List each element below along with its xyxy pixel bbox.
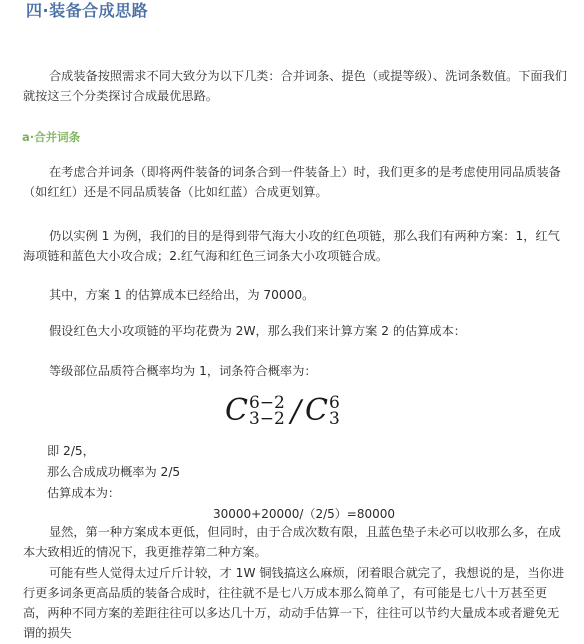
cost-calculation: 30000+20000/（2/5）=80000 bbox=[213, 506, 395, 522]
subsection-title: a·合并词条 bbox=[22, 128, 80, 146]
formula-left-scripts: 6−2 3−2 bbox=[249, 395, 285, 427]
formula-right-scripts: 6 3 bbox=[329, 395, 340, 427]
intro-paragraph: 合成装备按照需求不同大致分为以下几类：合并词条、提色（或提等级）、洗词条数值。下… bbox=[23, 66, 568, 106]
formula-operator: / bbox=[291, 394, 301, 429]
formula-left-sub: 3−2 bbox=[249, 411, 285, 427]
result-line-ratio: 即 2/5， bbox=[47, 442, 95, 460]
paragraph-probability: 等级部位品质符合概率均为 1，词条符合概率为： bbox=[23, 361, 568, 381]
combination-formula: C 6−2 3−2 / C 6 3 bbox=[225, 386, 344, 436]
result-line-success-rate: 那么合成成功概率为 2/5 bbox=[47, 463, 180, 481]
paragraph-conclusion: 显然，第一种方案成本更低，但同时，由于合成次数有限，且蓝色垫子未必可以收那么多，… bbox=[23, 522, 568, 562]
result-line-estimate-label: 估算成本为： bbox=[47, 484, 120, 502]
paragraph-plan1-cost: 其中，方案 1 的估算成本已经给出，为 70000。 bbox=[23, 285, 568, 305]
document: 四·装备合成思路 合成装备按照需求不同大致分为以下几类：合并词条、提色（或提等级… bbox=[0, 0, 584, 644]
paragraph-closing: 可能有些人觉得太过斤斤计较，才 1W 铜钱搞这么麻烦，闭着眼合就完了，我想说的是… bbox=[23, 563, 568, 643]
paragraph-assumption: 假设红色大小攻项链的平均花费为 2W，那么我们来计算方案 2 的估算成本： bbox=[23, 321, 568, 341]
formula-right-symbol: C bbox=[305, 396, 328, 426]
section-title: 四·装备合成思路 bbox=[26, 0, 148, 22]
formula-left-symbol: C bbox=[225, 396, 248, 426]
paragraph-merge-intro: 在考虑合并词条（即将两件装备的词条合到一件装备上）时，我们更多的是考虑使用同品质… bbox=[23, 162, 568, 202]
formula-right-sub: 3 bbox=[329, 411, 340, 427]
paragraph-example: 仍以实例 1 为例，我们的目的是得到带气海大小攻的红色项链，那么我们有两种方案：… bbox=[23, 226, 568, 266]
